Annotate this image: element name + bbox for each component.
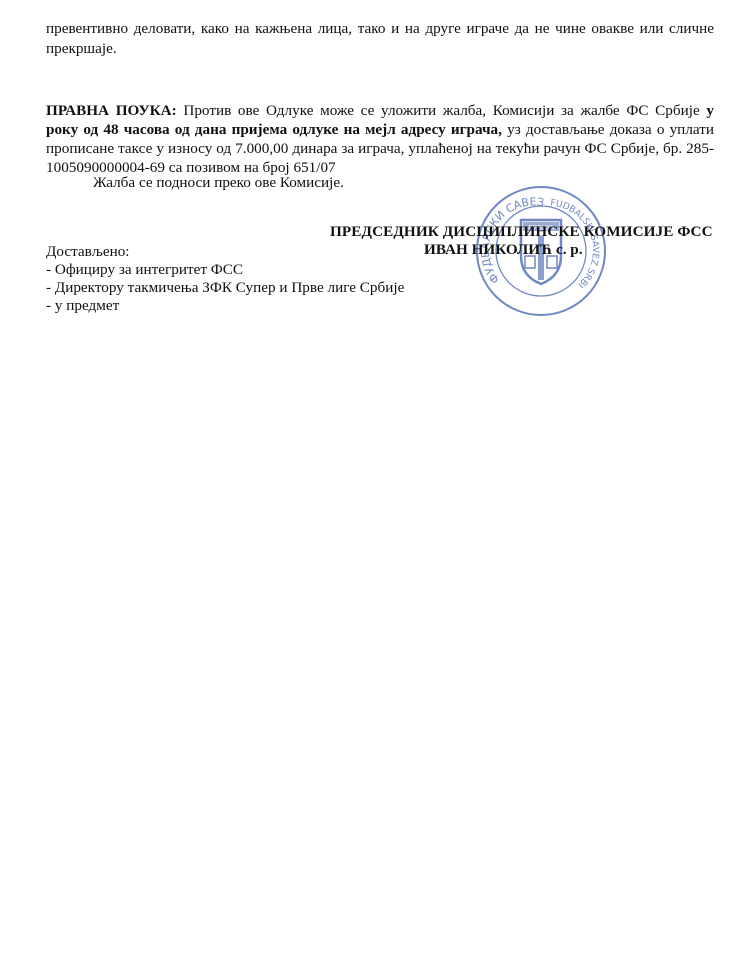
- legal-notice-line: прописане таксе у износу од 7.000,00 дин…: [46, 140, 714, 158]
- legal-notice-label: ПРАВНА ПОУКА:: [46, 102, 177, 119]
- signature-title: ПРЕДСЕДНИК ДИСЦИПЛИНСКЕ КОМИСИЈЕ ФСС: [330, 223, 713, 241]
- signature-name: ИВАН НИКОЛИЋ с. р.: [424, 241, 583, 259]
- legal-notice-line: ПРАВНА ПОУКА: Против ове Одлуке може се …: [46, 102, 714, 120]
- delivered-item: - Директору такмичења ЗФК Супер и Прве л…: [46, 279, 404, 297]
- legal-notice-line: року од 48 часова од дана пријема одлуке…: [46, 121, 714, 139]
- legal-notice-bold: у: [706, 102, 714, 119]
- legal-notice-text: уз достављање доказа о уплати: [507, 121, 714, 138]
- delivered-item: - у предмет: [46, 297, 119, 315]
- delivered-item: - Официру за интегритет ФСС: [46, 261, 243, 279]
- legal-notice-text: Против ове Одлуке може се уложити жалба,…: [183, 102, 699, 119]
- legal-notice-deadline: року од 48 часова од дана пријема одлуке…: [46, 121, 502, 138]
- paragraph-line: превентивно деловати, како на кажњена ли…: [46, 20, 714, 38]
- paragraph-line: прекршаје.: [46, 40, 117, 58]
- delivered-title: Достављено:: [46, 243, 130, 261]
- appeal-note: Жалба се подноси преко ове Комисије.: [93, 174, 344, 192]
